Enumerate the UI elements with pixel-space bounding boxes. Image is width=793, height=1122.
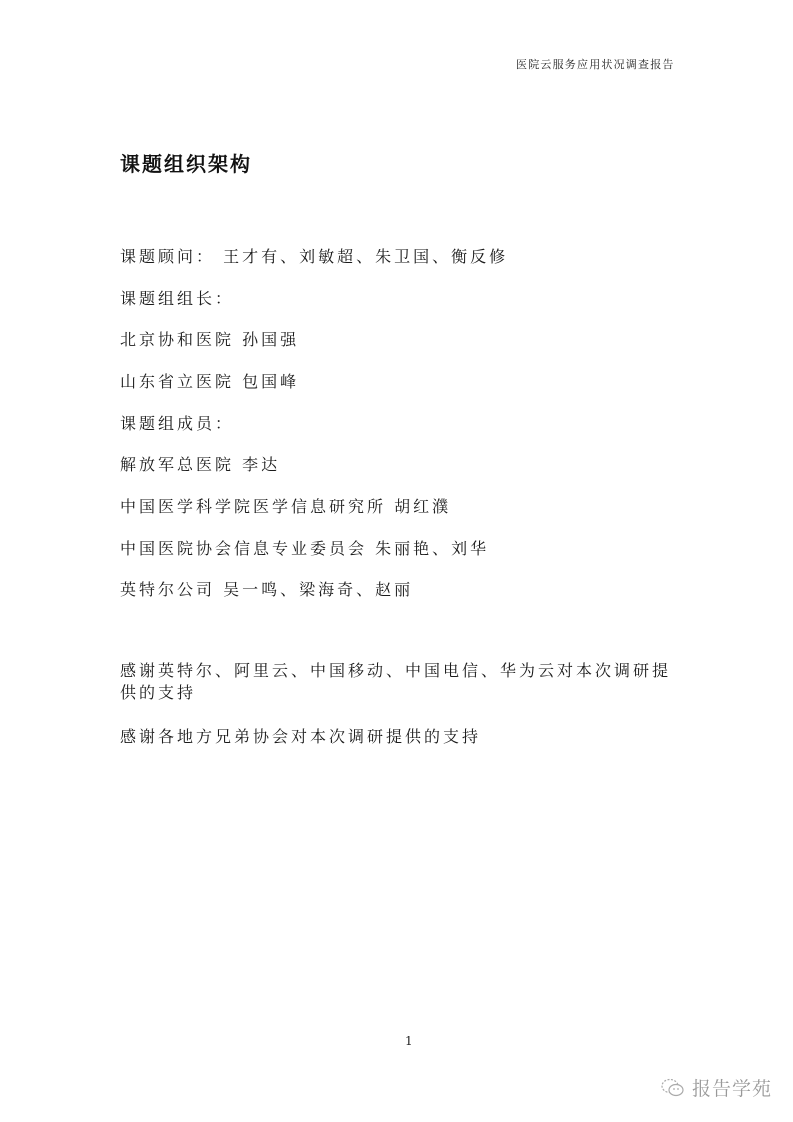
leader-item: 北京协和医院 孙国强	[120, 327, 299, 350]
leader-item: 山东省立医院 包国峰	[120, 369, 299, 392]
member-item: 中国医学科学院医学信息研究所 胡红濮	[120, 494, 451, 517]
leaders-label: 课题组组长：	[120, 286, 234, 309]
members-label: 课题组成员：	[120, 411, 234, 434]
wechat-icon	[660, 1077, 686, 1099]
acknowledgement-paragraph: 感谢各地方兄弟协会对本次调研提供的支持	[120, 726, 680, 748]
watermark: 报告学苑	[660, 1074, 772, 1101]
member-item: 中国医院协会信息专业委员会 朱丽艳、刘华	[120, 536, 489, 559]
member-item: 解放军总医院 李达	[120, 452, 280, 475]
acknowledgement-paragraph: 感谢英特尔、阿里云、中国移动、中国电信、华为云对本次调研提供的支持	[120, 660, 680, 704]
watermark-label: 报告学苑	[692, 1074, 772, 1101]
member-item: 英特尔公司 吴一鸣、梁海奇、赵丽	[120, 577, 413, 600]
page-title: 课题组织架构	[120, 148, 252, 177]
running-header: 医院云服务应用状况调查报告	[516, 56, 675, 72]
advisors-line: 课题顾问： 王才有、刘敏超、朱卫国、衡反修	[120, 244, 508, 267]
page-number: 1	[405, 1034, 413, 1048]
